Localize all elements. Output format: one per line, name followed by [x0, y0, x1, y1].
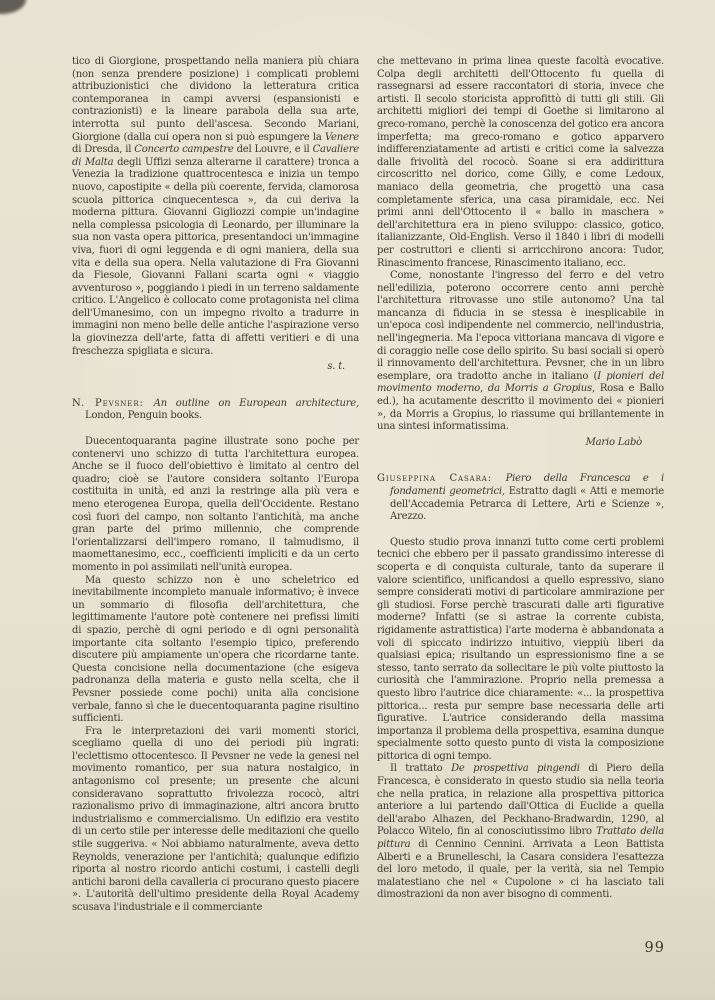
italic-title: Venere	[325, 132, 359, 143]
italic-title: De prospettiva pingendi	[451, 763, 580, 774]
text-run: di Cennino Cennini. Arrivata a Leon Batt…	[377, 839, 664, 900]
text-run: tico di Giorgione, prospettando nella ma…	[72, 56, 359, 143]
text-run: che mettevano in prima linea queste faco…	[377, 56, 664, 269]
review-heading: N. Pevsner: An outline on European archi…	[72, 398, 359, 423]
body-paragraph: Ma questo schizzo non è uno scheletrico …	[72, 575, 359, 726]
text-run: Fra le interpretazioni dei varii momenti…	[72, 726, 359, 913]
text-run: di Dresda, il	[72, 144, 134, 155]
body-paragraph: tico di Giorgione, prospettando nella ma…	[72, 56, 359, 358]
book-page: tico di Giorgione, prospettando nella ma…	[0, 0, 715, 1000]
body-paragraph: Il trattato De prospettiva pingendi di P…	[377, 763, 664, 902]
left-column: tico di Giorgione, prospettando nella ma…	[72, 56, 359, 915]
text-run: Duecentoquaranta pagine illustrate sono …	[72, 436, 359, 573]
italic-title: Concerto campestre	[134, 144, 233, 155]
page-number: 99	[645, 940, 665, 956]
text-run: Questo studio prova innanzi tutto come c…	[377, 537, 664, 762]
signature: Mario Labò	[377, 437, 664, 450]
text-run: London, Penguin books.	[85, 410, 202, 421]
text-run: degli Uffizi senza alterarne il caratter…	[72, 157, 359, 357]
body-paragraph: Duecentoquaranta pagine illustrate sono …	[72, 436, 359, 575]
signature: s. t.	[72, 361, 359, 374]
smallcaps-author: Giuseppina Casara:	[377, 473, 506, 484]
scan-corner-mark	[0, 0, 26, 14]
smallcaps-author: N. Pevsner:	[72, 398, 154, 409]
right-column: che mettevano in prima linea queste faco…	[377, 56, 664, 902]
text-run: del Louvre, e il	[234, 144, 313, 155]
text-run: Come, nonostante l'ingresso del ferro e …	[377, 270, 664, 382]
body-paragraph: Fra le interpretazioni dei varii momenti…	[72, 726, 359, 915]
body-paragraph: che mettevano in prima linea queste faco…	[377, 56, 664, 270]
body-paragraph: Questo studio prova innanzi tutto come c…	[377, 537, 664, 764]
text-run: Ma questo schizzo non è uno scheletrico …	[72, 575, 359, 725]
review-heading: Giuseppina Casara: Piero della Francesca…	[377, 473, 664, 523]
italic-title: An outline on European architecture,	[154, 398, 359, 409]
text-run: Il trattato	[390, 763, 451, 774]
body-paragraph: Come, nonostante l'ingresso del ferro e …	[377, 270, 664, 434]
